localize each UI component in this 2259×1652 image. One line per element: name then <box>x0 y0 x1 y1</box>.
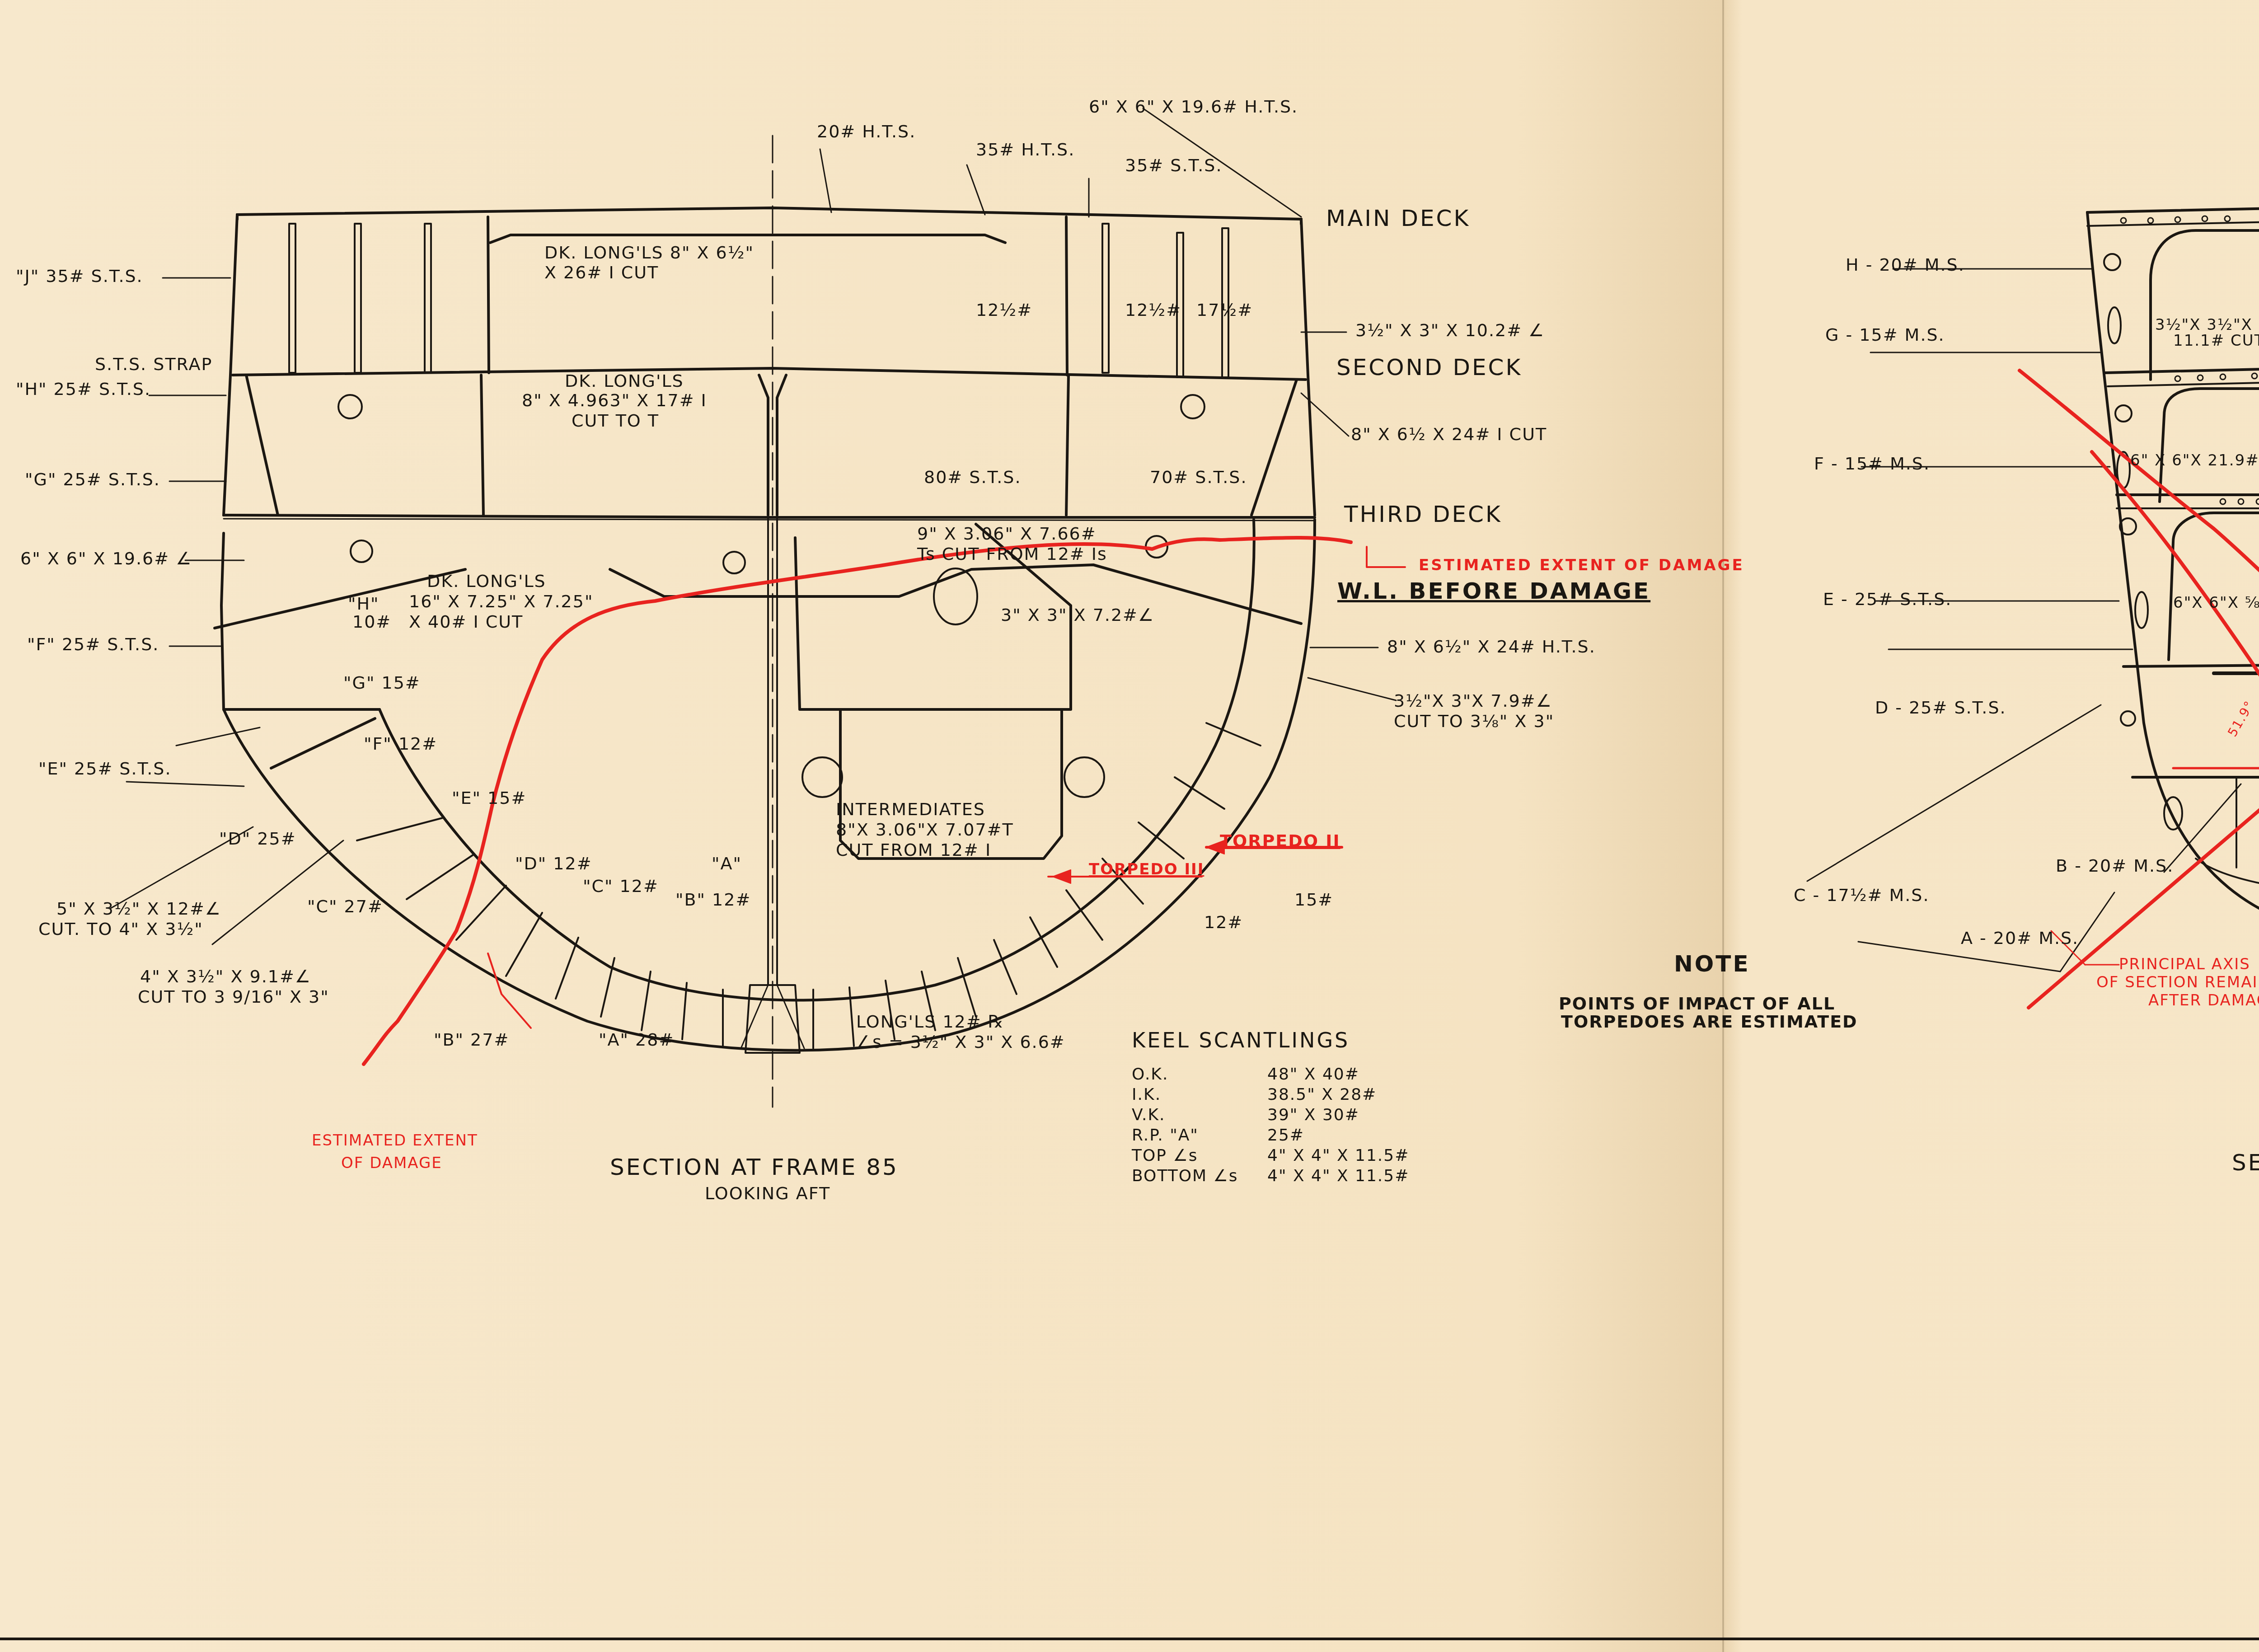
frame85-f-inner: "F" 12# <box>364 734 437 754</box>
frame30-d-strake: D - 25# S.T.S. <box>1875 698 2006 718</box>
frame85-h-inner: "H" <box>348 594 380 614</box>
hull-sections-drawing <box>0 0 2259 1652</box>
frame85-intermediates-a: INTERMEDIATES <box>836 800 985 820</box>
frame85-h-inner-wt: 10# <box>352 612 391 632</box>
frame85-dk-longls-third-c: X 40# I CUT <box>409 612 523 632</box>
frame85-torpedo-2-label: TORPEDO II <box>1220 831 1340 851</box>
frame85-a-inner: "A" <box>712 854 742 874</box>
frame30-caption: SECTION AT FRAME 30 <box>2232 1150 2259 1176</box>
frame85-dk-longls-third-b: 16" X 7.25" X 7.25" <box>409 592 593 612</box>
frame85-keel-title: KEEL SCANTLINGS <box>1132 1028 1409 1052</box>
frame30-h-strake: H - 20# M.S. <box>1846 255 1965 275</box>
frame85-torpedo-3-label: TORPEDO III <box>1089 861 1204 878</box>
keel-key: V.K. <box>1132 1105 1267 1125</box>
keel-value: 25# <box>1267 1125 1304 1145</box>
frame85-angle-cut-2a: 4" X 3½" X 9.1#∠ <box>140 967 311 987</box>
frame85-angle-cut-1b: CUT. TO 4" X 3½" <box>38 920 203 939</box>
frame85-bhd-17: 17½# <box>1196 300 1253 320</box>
frame85-waterline-label: W.L. BEFORE DAMAGE <box>1337 578 1650 605</box>
frame85-extent-damage-left-b: OF DAMAGE <box>341 1155 442 1172</box>
frame30-angle-b: 11.1# CUT <box>2173 332 2259 350</box>
frame85-extent-damage-label: ESTIMATED EXTENT OF DAMAGE <box>1419 557 1744 574</box>
frame85-e-strake-label: "E" 25# S.T.S. <box>38 759 172 779</box>
frame30-g-strake: G - 15# M.S. <box>1825 325 1945 345</box>
frame85-intermediates-b: 8"X 3.06"X 7.07#T <box>836 820 1014 840</box>
frame30-c-strake: C - 17½# M.S. <box>1794 886 1930 906</box>
frame85-angle-cut-b: CUT TO 3⅛" X 3" <box>1394 712 1554 732</box>
keel-value: 39" X 30# <box>1267 1105 1359 1125</box>
keel-row: R.P. "A"25# <box>1132 1125 1409 1145</box>
frame85-b-outer: "B" 27# <box>434 1030 509 1050</box>
frame85-extent-damage-left-a: ESTIMATED EXTENT <box>312 1132 478 1150</box>
frame85-angle-cut-2b: CUT TO 3 9/16" X 3" <box>138 987 329 1007</box>
frame85-b-inner: "B" 12# <box>675 890 751 910</box>
frame85-i-cut-second: 8" X 6½ X 24# I CUT <box>1351 425 1547 445</box>
frame30-principal-axis-b: OF SECTION REMAINING <box>2096 974 2259 991</box>
keel-key: R.P. "A" <box>1132 1125 1267 1145</box>
keel-value: 38.5" X 28# <box>1267 1084 1377 1105</box>
frame85-longls-b: ∠s = 3½" X 3" X 6.6# <box>856 1032 1065 1052</box>
frame85-angle-cut-a: 3½"X 3"X 7.9#∠ <box>1394 691 1552 711</box>
keel-row: I.K.38.5" X 28# <box>1132 1084 1409 1105</box>
frame85-shear-angle-label: 6" X 6" X 19.6# ∠ <box>20 549 192 569</box>
keel-value: 4" X 4" X 11.5# <box>1267 1166 1409 1186</box>
keel-key: TOP ∠s <box>1132 1145 1267 1166</box>
frame85-dk-longls-main-b: X 26# I CUT <box>544 263 659 283</box>
frame30-a-strake: A - 20# M.S. <box>1961 929 2079 948</box>
frame30-angle-6x6: 6" X 6"X 21.9# <box>2130 452 2259 469</box>
frame85-g-strake-label: "G" 25# S.T.S. <box>25 470 160 490</box>
note-heading: NOTE <box>1674 951 1750 977</box>
keel-row: TOP ∠s4" X 4" X 11.5# <box>1132 1145 1409 1166</box>
frame85-angle-cut-1a: 5" X 3½" X 12#∠ <box>56 899 221 919</box>
frame85-bhd-12-2: 12½# <box>1125 300 1181 320</box>
frame85-intermediates-c: CUT FROM 12# I <box>836 840 991 860</box>
frame85-e-inner: "E" 15# <box>452 788 526 808</box>
frame85-d-inner: "D" 12# <box>515 854 592 874</box>
frame85-deck-plate-35hts-label: 35# H.T.S. <box>976 140 1075 160</box>
frame85-caption: SECTION AT FRAME 85 <box>610 1155 899 1181</box>
frame30-angle-58: 6"X 6"X ⅝" <box>2173 594 2259 612</box>
keel-key: BOTTOM ∠s <box>1132 1166 1267 1186</box>
frame85-j-strake-label: "J" 35# S.T.S. <box>16 267 143 286</box>
frame85-g-inner: "G" 15# <box>343 673 421 693</box>
frame85-wt-15: 15# <box>1294 890 1333 910</box>
keel-key: O.K. <box>1132 1064 1267 1084</box>
frame85-h-strake-label: "H" 25# S.T.S. <box>16 380 151 399</box>
frame85-keel-scantlings: KEEL SCANTLINGS O.K.48" X 40# I.K.38.5" … <box>1132 1028 1409 1186</box>
frame85-dk-longls-second-b: 8" X 4.963" X 17# I <box>522 391 707 411</box>
frame30-b-strake: B - 20# M.S. <box>2056 856 2174 876</box>
frame85-f-strake-label: "F" 25# S.T.S. <box>27 635 159 655</box>
frame85-angle-3x3: 3" X 3" X 7.2#∠ <box>1001 605 1154 625</box>
frame85-tee-a: 9" X 3.06" X 7.66# <box>917 524 1097 544</box>
frame85-dk-longls-second-a: DK. LONG'LS <box>565 371 684 391</box>
frame85-third-deck-70sts: 70# S.T.S. <box>1150 468 1247 488</box>
frame30-e-strake: E - 25# S.T.S. <box>1823 590 1952 610</box>
frame85-dk-longls-main-a: DK. LONG'LS 8" X 6½" <box>544 243 754 263</box>
keel-row: O.K.48" X 40# <box>1132 1064 1409 1084</box>
frame85-second-deck-label: SECOND DECK <box>1336 355 1522 381</box>
frame85-third-deck-label: THIRD DECK <box>1344 502 1502 528</box>
frame85-deck-plate-20-label: 20# H.T.S. <box>817 122 916 142</box>
keel-value: 48" X 40# <box>1267 1064 1359 1084</box>
frame30-principal-axis-c: AFTER DAMAGE <box>2148 992 2259 1009</box>
frame85-subcaption: LOOKING AFT <box>705 1184 830 1204</box>
frame85-c-outer: "C" 27# <box>307 897 383 917</box>
frame85-longls-a: LONG'LS 12# ℞ <box>856 1012 1004 1032</box>
frame85-angle-main: 3½" X 3" X 10.2# ∠ <box>1355 321 1545 341</box>
frame85-dk-longls-third-a: DK. LONG'LS <box>427 572 546 591</box>
frame85-wt-12: 12# <box>1204 913 1243 933</box>
frame85-a-outer: "A" 28# <box>599 1030 674 1050</box>
frame85-main-deck-label: MAIN DECK <box>1326 206 1470 232</box>
frame85-third-deck-80sts: 80# S.T.S. <box>924 468 1021 488</box>
frame85-hts-third: 8" X 6½" X 24# H.T.S. <box>1387 637 1596 657</box>
keel-row: BOTTOM ∠s4" X 4" X 11.5# <box>1132 1166 1409 1186</box>
note-line-2: TORPEDOES ARE ESTIMATED <box>1561 1012 1858 1032</box>
frame85-stringer-angle-label: 6" X 6" X 19.6# H.T.S. <box>1089 97 1298 117</box>
note-line-1: POINTS OF IMPACT OF ALL <box>1559 994 1835 1014</box>
keel-key: I.K. <box>1132 1084 1267 1105</box>
frame30-principal-axis-a: PRINCIPAL AXIS <box>2119 956 2250 973</box>
frame85-dk-longls-second-c: CUT TO T <box>572 411 659 431</box>
frame85-bhd-12-1: 12½# <box>976 300 1032 320</box>
keel-value: 4" X 4" X 11.5# <box>1267 1145 1409 1166</box>
frame85-c-inner: "C" 12# <box>583 877 659 896</box>
frame85-sts-strap-label: S.T.S. STRAP <box>95 355 212 375</box>
frame85-deck-plate-35sts-label: 35# S.T.S. <box>1125 156 1222 176</box>
frame85-d-strake-label: "D" 25# <box>219 829 296 849</box>
frame85-tee-b: Ts CUT FROM 12# Is <box>917 544 1107 564</box>
frame30-f-strake: F - 15# M.S. <box>1814 454 1930 474</box>
keel-row: V.K.39" X 30# <box>1132 1105 1409 1125</box>
